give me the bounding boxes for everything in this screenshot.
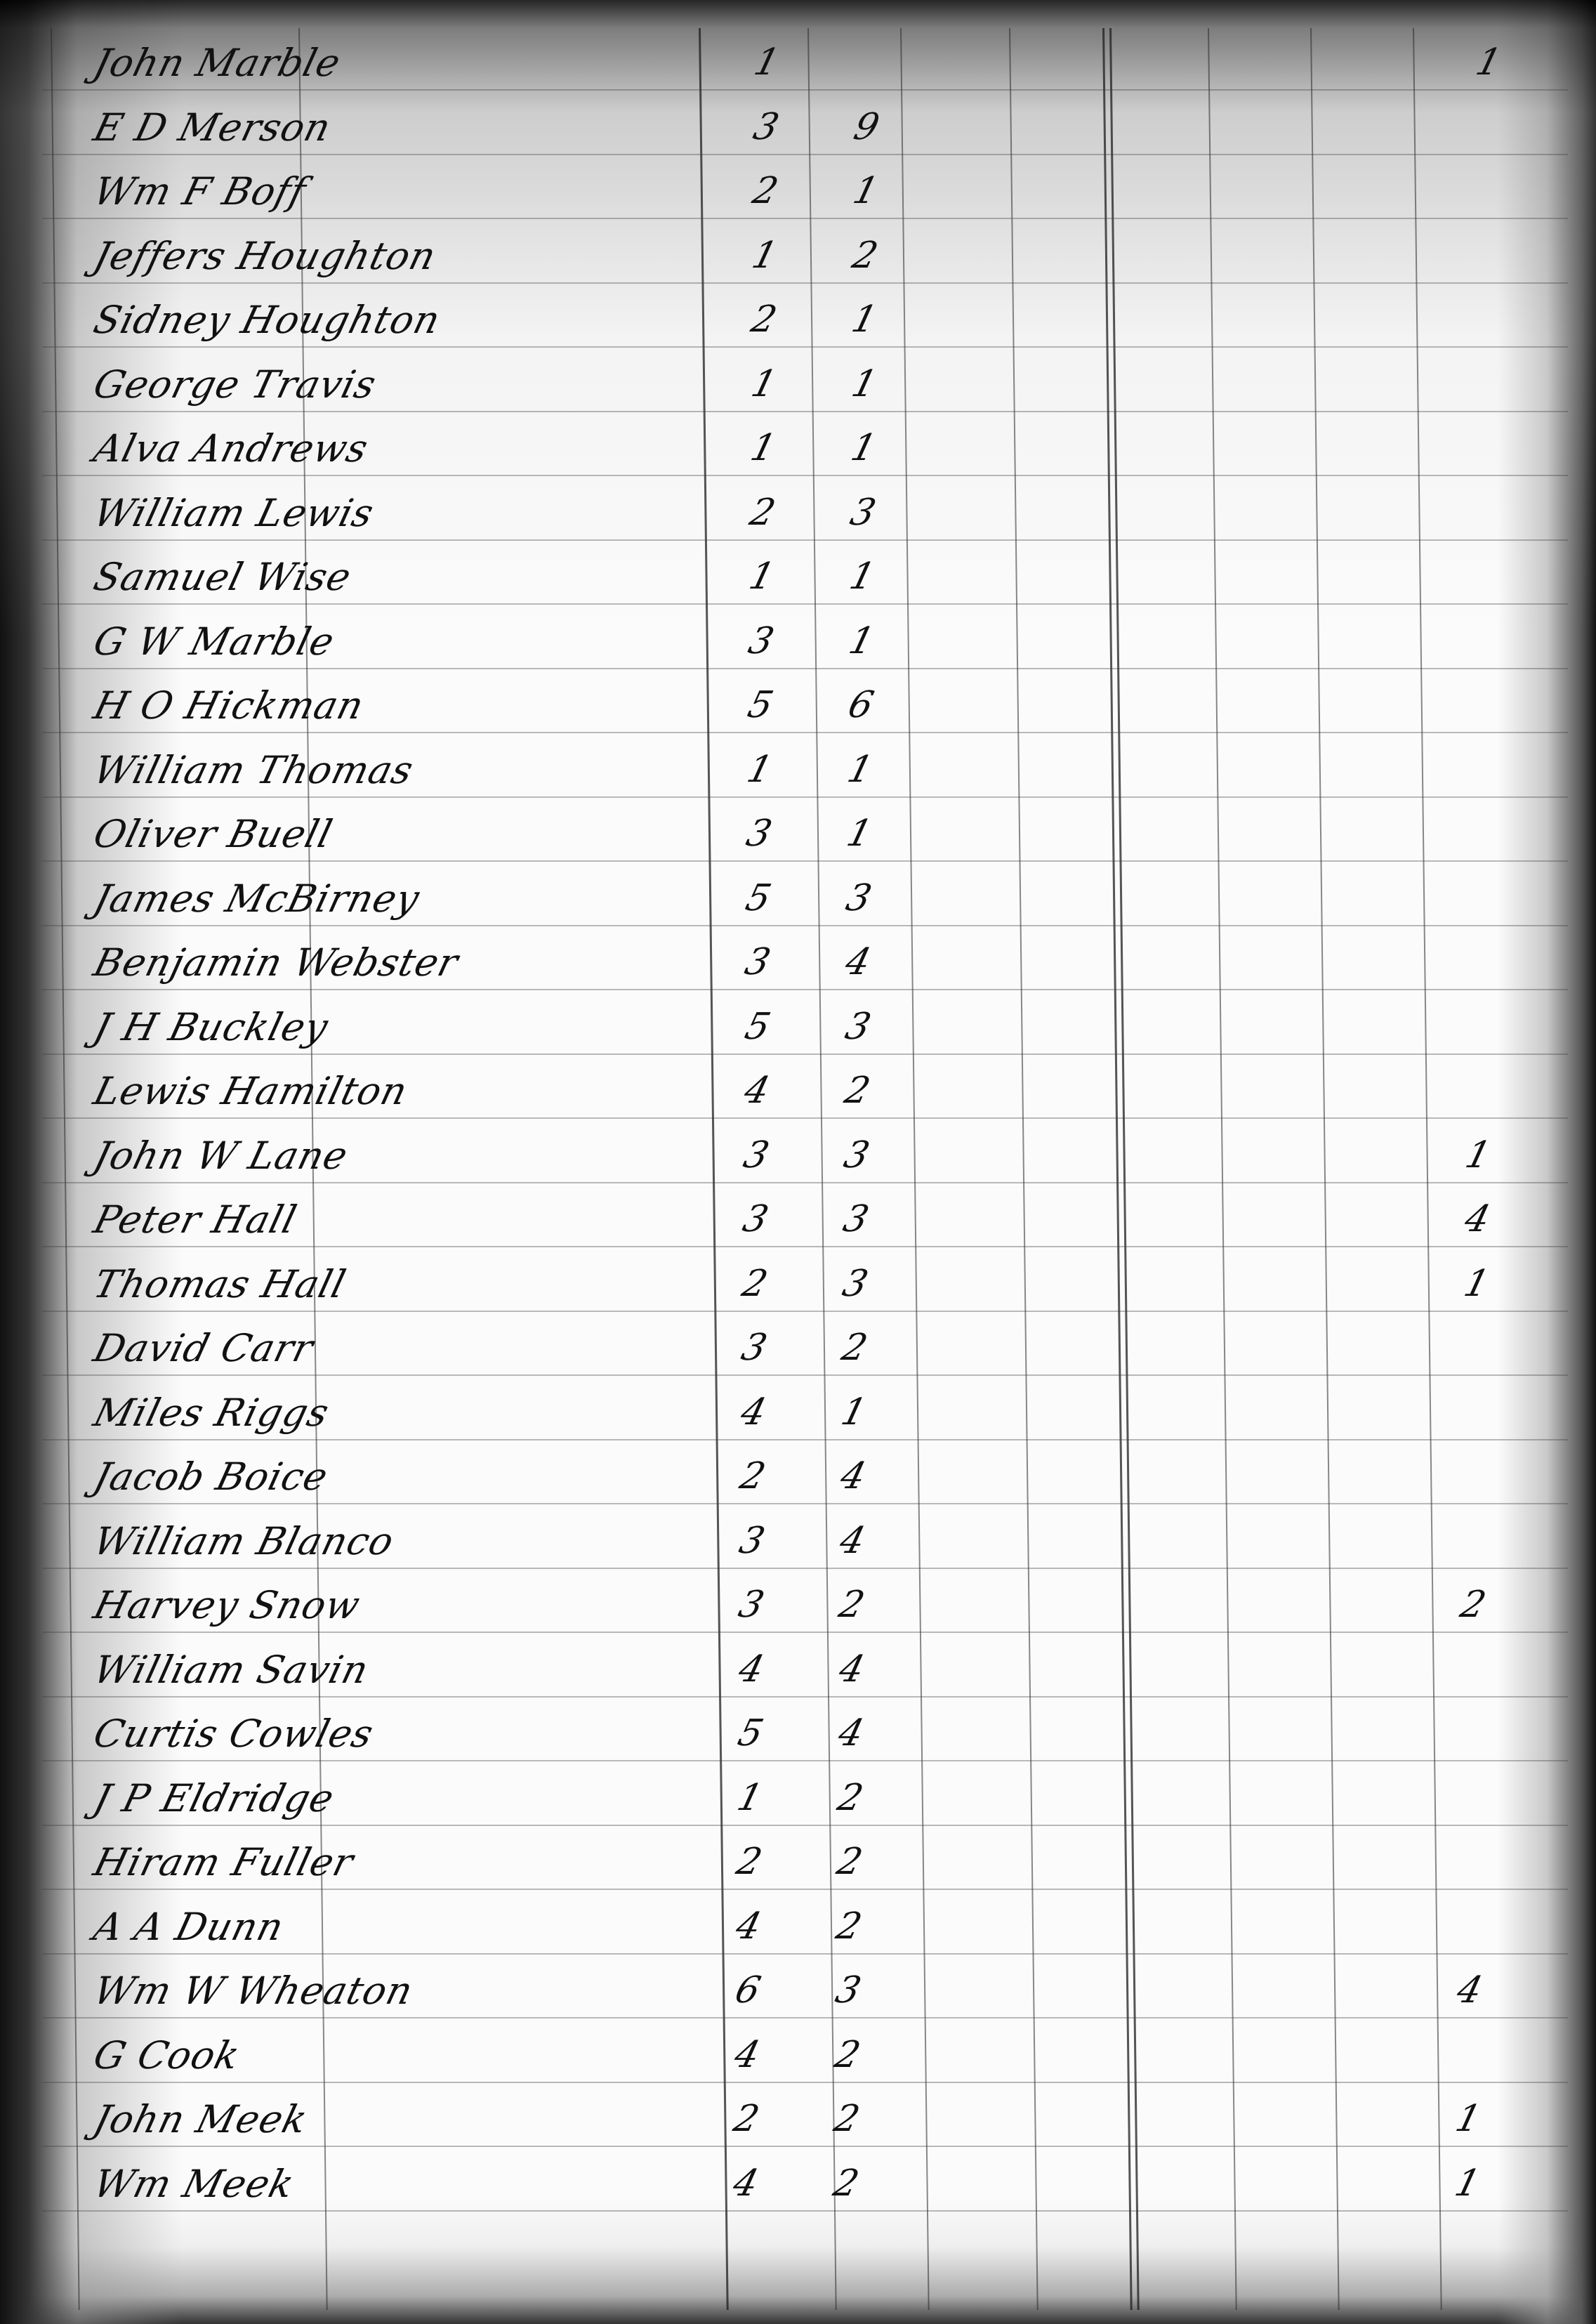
person-name: A A Dunn bbox=[89, 1905, 289, 1949]
person-name: Benjamin Webster bbox=[89, 940, 463, 985]
row-rule bbox=[42, 1760, 1568, 1761]
person-name: David Carr bbox=[89, 1326, 318, 1370]
ledger-row: Curtis Cowles54 bbox=[0, 1699, 1596, 1761]
person-name: Jeffers Houghton bbox=[89, 234, 441, 278]
count-column-2: 1 bbox=[838, 298, 891, 341]
count-column-2: 2 bbox=[824, 1777, 877, 1819]
count-column-last: 1 bbox=[1442, 2162, 1494, 2205]
count-column-1: 2 bbox=[723, 1841, 776, 1883]
count-column-2: 2 bbox=[839, 235, 892, 277]
person-name: Lewis Hamilton bbox=[89, 1069, 412, 1113]
row-rule bbox=[42, 1953, 1568, 1955]
ledger-row: Oliver Buell31 bbox=[0, 799, 1596, 862]
count-column-1: 1 bbox=[738, 363, 791, 405]
ledger-row: Alva Andrews11 bbox=[0, 414, 1596, 476]
count-column-2: 3 bbox=[832, 1006, 885, 1048]
ledger-row: Wm F Boff21 bbox=[0, 157, 1596, 219]
count-column-2: 3 bbox=[829, 1263, 882, 1305]
row-rule bbox=[42, 2146, 1568, 2147]
person-name: Wm Meek bbox=[89, 2162, 299, 2206]
count-column-1: 5 bbox=[734, 684, 787, 726]
person-name: Thomas Hall bbox=[89, 1262, 350, 1306]
person-name: James McBirney bbox=[89, 877, 424, 921]
count-column-1: 5 bbox=[732, 877, 785, 919]
count-column-2: 3 bbox=[830, 1198, 883, 1240]
count-column-2: 4 bbox=[826, 1520, 879, 1562]
row-rule bbox=[42, 1632, 1568, 1633]
count-column-1: 4 bbox=[723, 1905, 775, 1948]
count-column-2: 2 bbox=[824, 1841, 876, 1883]
row-rule bbox=[42, 475, 1568, 476]
ledger-row: G W Marble31 bbox=[0, 607, 1596, 669]
row-rule bbox=[42, 1311, 1568, 1312]
row-rule bbox=[42, 989, 1568, 990]
count-column-2: 6 bbox=[835, 684, 888, 726]
count-column-2: 2 bbox=[823, 1905, 876, 1948]
count-column-2: 2 bbox=[831, 1070, 884, 1112]
row-rule bbox=[42, 668, 1568, 669]
count-column-2: 1 bbox=[828, 1391, 881, 1433]
count-column-1: 1 bbox=[734, 749, 786, 791]
ledger-page: John Marble11E D Merson39Wm F Boff21Jeff… bbox=[0, 0, 1596, 2324]
count-column-1: 5 bbox=[725, 1712, 777, 1754]
row-rule bbox=[42, 1889, 1568, 1890]
count-column-last: 4 bbox=[1451, 1198, 1504, 1240]
count-column-2: 1 bbox=[834, 749, 887, 791]
ledger-row: Benjamin Webster34 bbox=[0, 928, 1596, 990]
row-rule bbox=[42, 732, 1568, 733]
person-name: Wm F Boff bbox=[89, 169, 310, 214]
count-column-1: 1 bbox=[724, 1777, 777, 1819]
count-column-2: 2 bbox=[821, 2098, 873, 2140]
count-column-2: 2 bbox=[822, 2034, 874, 2076]
ledger-row: Samuel Wise11 bbox=[0, 542, 1596, 605]
count-column-1: 5 bbox=[732, 1006, 784, 1048]
person-name: Peter Hall bbox=[89, 1197, 301, 1242]
ledger-row: Wm Meek421 bbox=[0, 2149, 1596, 2212]
count-column-1: 6 bbox=[722, 1969, 774, 2011]
ledger-row: Peter Hall334 bbox=[0, 1185, 1596, 1247]
ledger-row: Jacob Boice24 bbox=[0, 1442, 1596, 1504]
row-rule bbox=[42, 2210, 1568, 2212]
count-column-2: 4 bbox=[827, 1455, 880, 1497]
count-column-2: 3 bbox=[833, 877, 885, 919]
count-column-2: 1 bbox=[840, 170, 892, 212]
count-column-1: 3 bbox=[730, 1134, 783, 1176]
count-column-1: 4 bbox=[727, 1391, 780, 1433]
person-name: J P Eldridge bbox=[89, 1776, 338, 1820]
ledger-row: Miles Riggs41 bbox=[0, 1378, 1596, 1440]
person-name: William Thomas bbox=[89, 748, 418, 792]
count-column-1: 2 bbox=[727, 1455, 779, 1497]
count-column-1: 2 bbox=[738, 298, 791, 341]
row-rule bbox=[42, 154, 1568, 155]
count-column-2: 2 bbox=[820, 2162, 873, 2205]
ledger-row: Wm W Wheaton634 bbox=[0, 1956, 1596, 2018]
ledger-row: Lewis Hamilton42 bbox=[0, 1056, 1596, 1119]
count-column-1: 3 bbox=[733, 813, 786, 855]
ledger-row: Jeffers Houghton12 bbox=[0, 221, 1596, 284]
ledger-row: J H Buckley53 bbox=[0, 992, 1596, 1055]
person-name: Wm W Wheaton bbox=[89, 1969, 418, 2013]
count-column-1: 2 bbox=[739, 170, 792, 212]
row-rule bbox=[42, 1503, 1568, 1504]
ledger-row: George Travis11 bbox=[0, 350, 1596, 412]
count-column-2: 1 bbox=[838, 427, 890, 469]
count-column-1: 3 bbox=[732, 941, 784, 983]
row-rule bbox=[42, 796, 1568, 798]
row-rule bbox=[42, 539, 1568, 541]
person-name: Alva Andrews bbox=[89, 426, 373, 471]
person-name: Samuel Wise bbox=[89, 555, 356, 599]
count-column-2: 1 bbox=[836, 620, 888, 662]
count-column-1: 4 bbox=[725, 1648, 778, 1691]
row-rule bbox=[42, 1117, 1568, 1119]
count-column-2: 1 bbox=[833, 813, 886, 855]
count-column-last: 1 bbox=[1452, 1134, 1505, 1176]
row-rule bbox=[42, 411, 1568, 412]
ledger-row: David Carr32 bbox=[0, 1313, 1596, 1376]
row-rule bbox=[42, 1568, 1568, 1569]
person-name: G Cook bbox=[89, 2033, 244, 2077]
count-column-1: 4 bbox=[721, 2034, 774, 2076]
count-column-last: 4 bbox=[1444, 1969, 1496, 2011]
count-column-2: 4 bbox=[832, 941, 885, 983]
person-name: William Blanco bbox=[89, 1519, 399, 1563]
row-rule bbox=[42, 1439, 1568, 1440]
person-name: John W Lane bbox=[89, 1134, 352, 1178]
ledger-row: H O Hickman56 bbox=[0, 671, 1596, 733]
count-column-2: 3 bbox=[831, 1134, 883, 1176]
ledger-row: Hiram Fuller22 bbox=[0, 1827, 1596, 1890]
count-column-1: 4 bbox=[720, 2162, 772, 2205]
ledger-row: John Marble11 bbox=[0, 28, 1596, 91]
count-column-1: 2 bbox=[729, 1263, 781, 1305]
row-rule bbox=[42, 1246, 1568, 1247]
count-column-1: 3 bbox=[725, 1584, 778, 1626]
count-column-last: 1 bbox=[1451, 1263, 1503, 1305]
ledger-row: William Savin44 bbox=[0, 1635, 1596, 1698]
row-rule bbox=[42, 860, 1568, 862]
count-column-2: 9 bbox=[840, 106, 893, 148]
ledger-row: James McBirney53 bbox=[0, 864, 1596, 926]
count-column-last: 1 bbox=[1463, 41, 1515, 84]
count-column-1: 2 bbox=[737, 492, 789, 534]
ledger-row: A A Dunn42 bbox=[0, 1892, 1596, 1955]
row-rule bbox=[42, 89, 1568, 91]
count-column-1: 1 bbox=[736, 556, 789, 598]
count-column-2: 2 bbox=[826, 1584, 878, 1626]
row-rule bbox=[42, 346, 1568, 348]
person-name: G W Marble bbox=[89, 619, 339, 664]
person-name: Harvey Snow bbox=[89, 1583, 364, 1627]
row-rule bbox=[42, 603, 1568, 605]
row-rule bbox=[42, 1182, 1568, 1183]
count-column-1: 3 bbox=[728, 1327, 781, 1369]
count-column-1: 1 bbox=[741, 41, 793, 84]
ledger-row: William Blanco34 bbox=[0, 1506, 1596, 1569]
row-rule bbox=[42, 925, 1568, 926]
person-name: H O Hickman bbox=[89, 683, 369, 728]
person-name: Curtis Cowles bbox=[89, 1712, 378, 1756]
count-column-1: 3 bbox=[730, 1198, 782, 1240]
row-rule bbox=[42, 2017, 1568, 2018]
count-column-1: 3 bbox=[735, 620, 788, 662]
person-name: William Lewis bbox=[89, 491, 378, 535]
count-column-2: 4 bbox=[826, 1648, 878, 1691]
ledger-row: John W Lane331 bbox=[0, 1121, 1596, 1183]
row-rule bbox=[42, 1053, 1568, 1055]
row-rule bbox=[42, 2082, 1568, 2083]
row-rule bbox=[42, 218, 1568, 219]
person-name: John Meek bbox=[89, 2097, 312, 2141]
ledger-row: Sidney Houghton21 bbox=[0, 285, 1596, 348]
ledger-row: William Thomas11 bbox=[0, 735, 1596, 798]
count-column-2: 3 bbox=[837, 492, 890, 534]
ledger-row: E D Merson39 bbox=[0, 93, 1596, 155]
person-name: Miles Riggs bbox=[89, 1391, 334, 1435]
row-rule bbox=[42, 1825, 1568, 1826]
count-column-1: 3 bbox=[740, 106, 793, 148]
count-column-1: 1 bbox=[739, 235, 791, 277]
ledger-row: G Cook42 bbox=[0, 2021, 1596, 2083]
person-name: Jacob Boice bbox=[89, 1455, 333, 1499]
count-column-1: 4 bbox=[731, 1070, 784, 1112]
row-rule bbox=[42, 1696, 1568, 1698]
ledger-row: John Meek221 bbox=[0, 2085, 1596, 2147]
count-column-2: 1 bbox=[836, 556, 889, 598]
count-column-2: 2 bbox=[829, 1327, 881, 1369]
ledger-row: Harvey Snow322 bbox=[0, 1570, 1596, 1633]
person-name: J H Buckley bbox=[89, 1005, 333, 1049]
person-name: Oliver Buell bbox=[89, 812, 337, 856]
count-column-2: 3 bbox=[822, 1969, 875, 2011]
ledger-row: Thomas Hall231 bbox=[0, 1249, 1596, 1312]
count-column-1: 3 bbox=[726, 1520, 779, 1562]
count-column-1: 2 bbox=[720, 2098, 773, 2140]
ledger-row: William Lewis23 bbox=[0, 478, 1596, 541]
row-rule bbox=[42, 1374, 1568, 1376]
count-column-last: 2 bbox=[1447, 1584, 1500, 1626]
ledger-row: J P Eldridge12 bbox=[0, 1764, 1596, 1826]
row-rule bbox=[42, 282, 1568, 284]
person-name: John Marble bbox=[89, 41, 345, 85]
count-column-2: 1 bbox=[838, 363, 891, 405]
person-name: E D Merson bbox=[89, 105, 336, 150]
person-name: Sidney Houghton bbox=[89, 298, 445, 342]
person-name: Hiram Fuller bbox=[89, 1840, 358, 1884]
person-name: George Travis bbox=[89, 362, 381, 407]
count-column-1: 1 bbox=[737, 427, 790, 469]
person-name: William Savin bbox=[89, 1648, 374, 1692]
count-column-2: 4 bbox=[825, 1712, 878, 1754]
count-column-last: 1 bbox=[1442, 2098, 1495, 2140]
